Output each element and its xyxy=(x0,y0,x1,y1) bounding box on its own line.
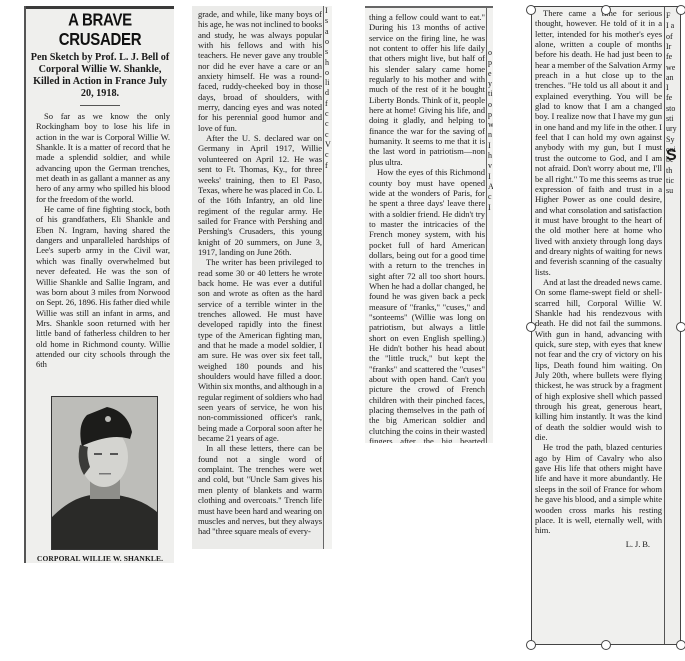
fragment-letter: su xyxy=(666,186,680,196)
fragment-letter: fe xyxy=(666,93,680,103)
resize-handle-top-center[interactable] xyxy=(601,5,611,15)
fragment-letter: c xyxy=(325,119,332,129)
paragraph: And at last the dreaded news came. On so… xyxy=(535,277,662,443)
divider xyxy=(80,105,120,106)
fragment-letter: s xyxy=(325,16,332,26)
fragment-letter: h xyxy=(325,58,332,68)
photo-caption: CORPORAL WILLIE W. SHANKLE. xyxy=(26,554,174,563)
fragment-letter: c xyxy=(325,150,332,160)
portrait-image xyxy=(52,397,157,549)
author-signature: L. J. B. xyxy=(535,539,662,549)
fragment-letter: Ir xyxy=(666,42,680,52)
resize-handle-bottom-left[interactable] xyxy=(526,640,536,650)
fragment-letter: f xyxy=(325,99,332,109)
resize-handle-middle-right[interactable] xyxy=(676,322,685,332)
paragraph: After the U. S. declared war on Germany … xyxy=(198,133,322,257)
fragment-letter: n xyxy=(488,130,493,140)
fragment-letter: I xyxy=(666,83,680,93)
paragraph: There came a time for serious thought, h… xyxy=(535,8,662,277)
paragraph: grade, and while, like many boys of his … xyxy=(198,9,322,133)
paragraph: In all these letters, there can be found… xyxy=(198,443,322,536)
fragment-letter: be xyxy=(666,155,680,165)
fragment-letter: li xyxy=(325,78,332,88)
fragment-letter: c xyxy=(488,192,493,202)
paragraph: He came of fine fighting stock, both of … xyxy=(36,204,170,370)
top-rule xyxy=(26,6,174,9)
fragment-letter: p xyxy=(488,58,493,68)
fragment-letter: I xyxy=(488,172,493,182)
adjacent-column-fragment: opeytiopwnIhvIAcI xyxy=(486,8,493,443)
fragment-letter: y xyxy=(488,79,493,89)
fragment-letter: v xyxy=(488,161,493,171)
headline: A BRAVE CRUSADER xyxy=(26,10,174,49)
fragment-letter: o xyxy=(325,37,332,47)
fragment-letter: c xyxy=(325,130,332,140)
column-1-text: So far as we know the only Rockingham bo… xyxy=(26,111,174,370)
fragment-letter: an xyxy=(666,73,680,83)
adjacent-column-fragment: IsaosholidfcccVcf xyxy=(323,6,332,549)
fragment-letter: o xyxy=(488,100,493,110)
fragment-letter: f xyxy=(325,161,332,171)
fragment-letter: I xyxy=(488,141,493,151)
fragment-letter: e xyxy=(488,69,493,79)
fragment-letter: s xyxy=(325,47,332,57)
fragment-letter: o xyxy=(488,48,493,58)
fragment-letter: ti xyxy=(488,89,493,99)
fragment-letter: w xyxy=(488,120,493,130)
fragment-letter: we xyxy=(666,63,680,73)
fragment-letter: tic xyxy=(666,176,680,186)
subheadline: Pen Sketch by Prof. L. J. Bell of Corpor… xyxy=(26,52,174,100)
soldier-portrait-photo xyxy=(51,396,158,550)
column-2-text: grade, and while, like many boys of his … xyxy=(192,6,332,537)
paragraph: How the eyes of this Richmond county boy… xyxy=(369,167,485,443)
article-clipping-1[interactable]: A BRAVE CRUSADER Pen Sketch by Prof. L. … xyxy=(24,6,174,563)
paragraph: thing a fellow could want to eat." Durin… xyxy=(369,12,485,167)
resize-handle-middle-left[interactable] xyxy=(526,322,536,332)
fragment-letter: o xyxy=(325,68,332,78)
resize-handle-top-right[interactable] xyxy=(676,5,685,15)
paragraph: So far as we know the only Rockingham bo… xyxy=(36,111,170,204)
fragment-letter: I xyxy=(325,6,332,16)
fragment-letter: Sy xyxy=(666,135,680,145)
article-clipping-2[interactable]: grade, and while, like many boys of his … xyxy=(192,6,332,549)
fragment-letter: of xyxy=(666,32,680,42)
resize-handle-top-left[interactable] xyxy=(526,5,536,15)
paragraph: He trod the path, blazed centuries ago b… xyxy=(535,442,662,535)
column-4-text: There came a time for serious thought, h… xyxy=(532,7,680,549)
fragment-letter: I xyxy=(488,203,493,213)
fragment-letter: th xyxy=(666,166,680,176)
fragment-letter: p xyxy=(488,110,493,120)
fragment-letter: A xyxy=(488,182,493,192)
fragment-letter: h xyxy=(488,151,493,161)
article-clipping-3[interactable]: thing a fellow could want to eat." Durin… xyxy=(365,6,493,443)
fragment-letter: a xyxy=(325,27,332,37)
fragment-letter: sti xyxy=(666,114,680,124)
fragment-letter: d xyxy=(325,88,332,98)
paragraph: The writer has been privileged to read s… xyxy=(198,257,322,443)
fragment-letter: V xyxy=(325,140,332,150)
fragment-letter: I a xyxy=(666,21,680,31)
resize-handle-bottom-center[interactable] xyxy=(601,640,611,650)
fragment-letter: ury xyxy=(666,124,680,134)
article-clipping-4[interactable]: There came a time for serious thought, h… xyxy=(531,6,681,645)
fragment-letter: fe xyxy=(666,52,680,62)
resize-handle-bottom-right[interactable] xyxy=(676,640,685,650)
column-3-text: thing a fellow could want to eat." Durin… xyxy=(365,8,493,443)
fragment-letter: sto xyxy=(666,104,680,114)
fragment-letter: coi xyxy=(666,145,680,155)
fragment-letter: c xyxy=(325,109,332,119)
